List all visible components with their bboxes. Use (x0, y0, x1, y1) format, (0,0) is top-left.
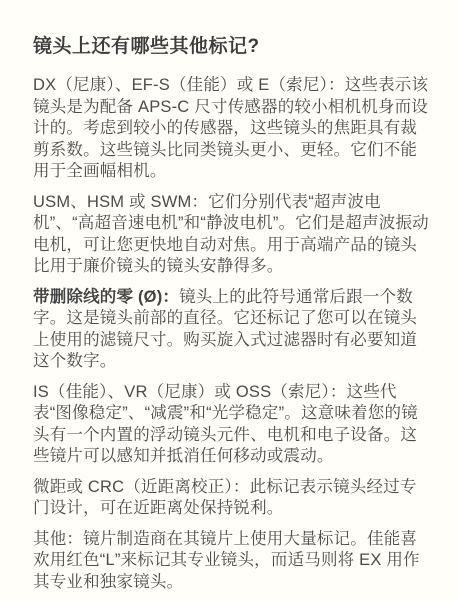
paragraph-slashed-zero: 带删除线的零 (Ø)：镜头上的此符号通常后跟一个数字。这是镜头前部的直径。它还标… (33, 287, 432, 373)
paragraph-is-vr-oss: IS（佳能）、VR（尼康）或 OSS（索尼）：这些代表“图像稳定”、“减震”和“… (33, 382, 432, 468)
paragraph-body: 微距或 CRC（近距离校正）：此标记表示镜头经过专门设计，可在近距离处保持锐利。 (33, 478, 417, 518)
paragraph-other-markings: 其他：镜片制造商在其镜片上使用大量标记。佳能喜欢用红色“L”来标记其专业镜头，而… (33, 529, 432, 594)
paragraph-body: DX（尼康）、EF-S（佳能）或 E（索尼）：这些表示该镜头是为配备 APS-C… (33, 76, 428, 180)
paragraph-macro-crc: 微距或 CRC（近距离校正）：此标记表示镜头经过专门设计，可在近距离处保持锐利。 (33, 477, 432, 520)
paragraph-usm-hsm-swm: USM、HSM 或 SWM：它们分别代表“超声波电机”、“高超音速电机”和“静波… (33, 192, 432, 278)
page-title: 镜头上还有哪些其他标记? (33, 36, 432, 58)
paragraph-body: IS（佳能）、VR（尼康）或 OSS（索尼）：这些代表“图像稳定”、“减震”和“… (33, 383, 418, 466)
paragraph-lead: 带删除线的零 (Ø)： (33, 288, 179, 306)
article-page: 镜头上还有哪些其他标记? DX（尼康）、EF-S（佳能）或 E（索尼）：这些表示… (0, 0, 459, 600)
paragraph-dx-efs-e: DX（尼康）、EF-S（佳能）或 E（索尼）：这些表示该镜头是为配备 APS-C… (33, 75, 432, 183)
paragraph-body: 其他：镜片制造商在其镜片上使用大量标记。佳能喜欢用红色“L”来标记其专业镜头，而… (33, 530, 420, 591)
paragraph-body: USM、HSM 或 SWM：它们分别代表“超声波电机”、“高超音速电机”和“静波… (33, 193, 429, 276)
